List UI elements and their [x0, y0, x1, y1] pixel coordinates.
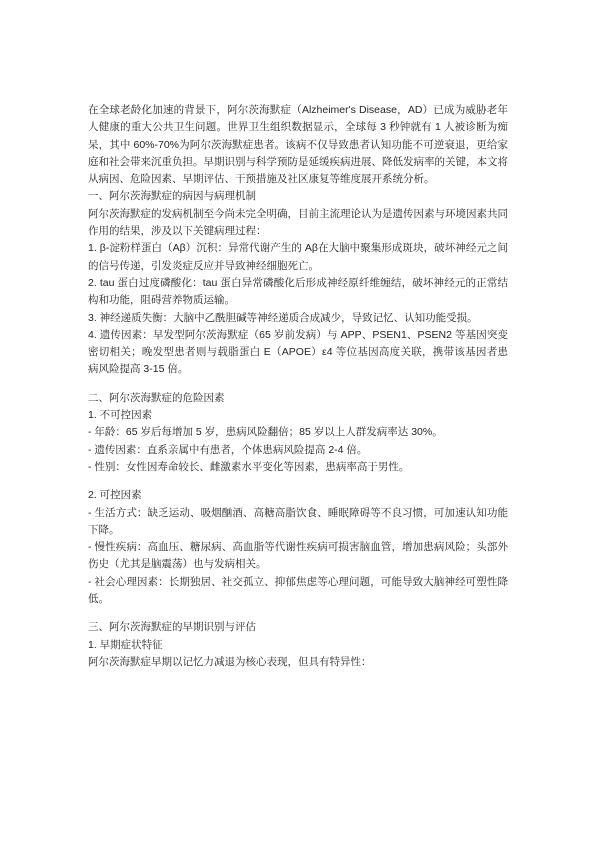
uncontrollable-factors-list: - 年龄：65 岁后每增加 5 岁，患病风险翻倍；85 岁以上人群发病率达 30… [88, 424, 508, 476]
intro-paragraph: 在全球老龄化加速的背景下，阿尔茨海默症（Alzheimer's Disease，… [88, 102, 508, 188]
bullet-item-chronic-disease: - 慢性疾病：高血压、糖尿病、高血脂等代谢性疾病可损害脑血管，增加患病风险；头部… [88, 539, 508, 574]
bullet-item-heredity: - 遗传因素：直系亲属中有患者，个体患病风险提高 2-4 倍。 [88, 442, 508, 459]
section-2-sub-2-title: 2. 可控因素 [88, 487, 508, 504]
numbered-item-genetic: 4. 遗传因素：早发型阿尔茨海默症（65 岁前发病）与 APP、PSEN1、PS… [88, 327, 508, 379]
bullet-item-age: - 年龄：65 岁后每增加 5 岁，患病风险翻倍；85 岁以上人群发病率达 30… [88, 424, 508, 441]
section-3-sub-1-title: 1. 早期症状特征 [88, 637, 508, 654]
bullet-item-gender: - 性别：女性因寿命较长、雌激素水平变化等因素，患病率高于男性。 [88, 459, 508, 476]
numbered-item-amyloid: 1. β-淀粉样蛋白（Aβ）沉积：异常代谢产生的 Aβ在大脑中聚集形成斑块，破坏… [88, 240, 508, 275]
section-1-heading: 一、阿尔茨海默症的病因与病理机制 [88, 188, 508, 205]
section-1-lead-paragraph: 阿尔茨海默症的发病机制至今尚未完全明确，目前主流理论认为是遗传因素与环境因素共同… [88, 206, 508, 241]
numbered-item-neurotransmitter: 3. 神经递质失衡：大脑中乙酰胆碱等神经递质合成减少，导致记忆、认知功能受损。 [88, 310, 508, 327]
section-2-sub-1-title: 1. 不可控因素 [88, 407, 508, 424]
numbered-item-tau: 2. tau 蛋白过度磷酸化：tau 蛋白异常磷酸化后形成神经原纤维缠结，破坏神… [88, 275, 508, 310]
section-3-heading: 三、阿尔茨海默症的早期识别与评估 [88, 619, 508, 636]
section-3-lead-paragraph: 阿尔茨海默症早期以记忆力减退为核心表现，但具有特异性： [88, 654, 508, 671]
pathology-numbered-list: 1. β-淀粉样蛋白（Aβ）沉积：异常代谢产生的 Aβ在大脑中聚集形成斑块，破坏… [88, 240, 508, 378]
controllable-factors-list: - 生活方式：缺乏运动、吸烟酗酒、高糖高脂饮食、睡眠障碍等不良习惯，可加速认知功… [88, 505, 508, 609]
bullet-item-psychosocial: - 社会心理因素：长期独居、社交孤立、抑郁焦虑等心理问题，可能导致大脑神经可塑性… [88, 574, 508, 609]
section-2-heading: 二、阿尔茨海默症的危险因素 [88, 390, 508, 407]
bullet-item-lifestyle: - 生活方式：缺乏运动、吸烟酗酒、高糖高脂饮食、睡眠障碍等不良习惯，可加速认知功… [88, 505, 508, 540]
document-page: 在全球老龄化加速的背景下，阿尔茨海默症（Alzheimer's Disease，… [0, 0, 595, 841]
